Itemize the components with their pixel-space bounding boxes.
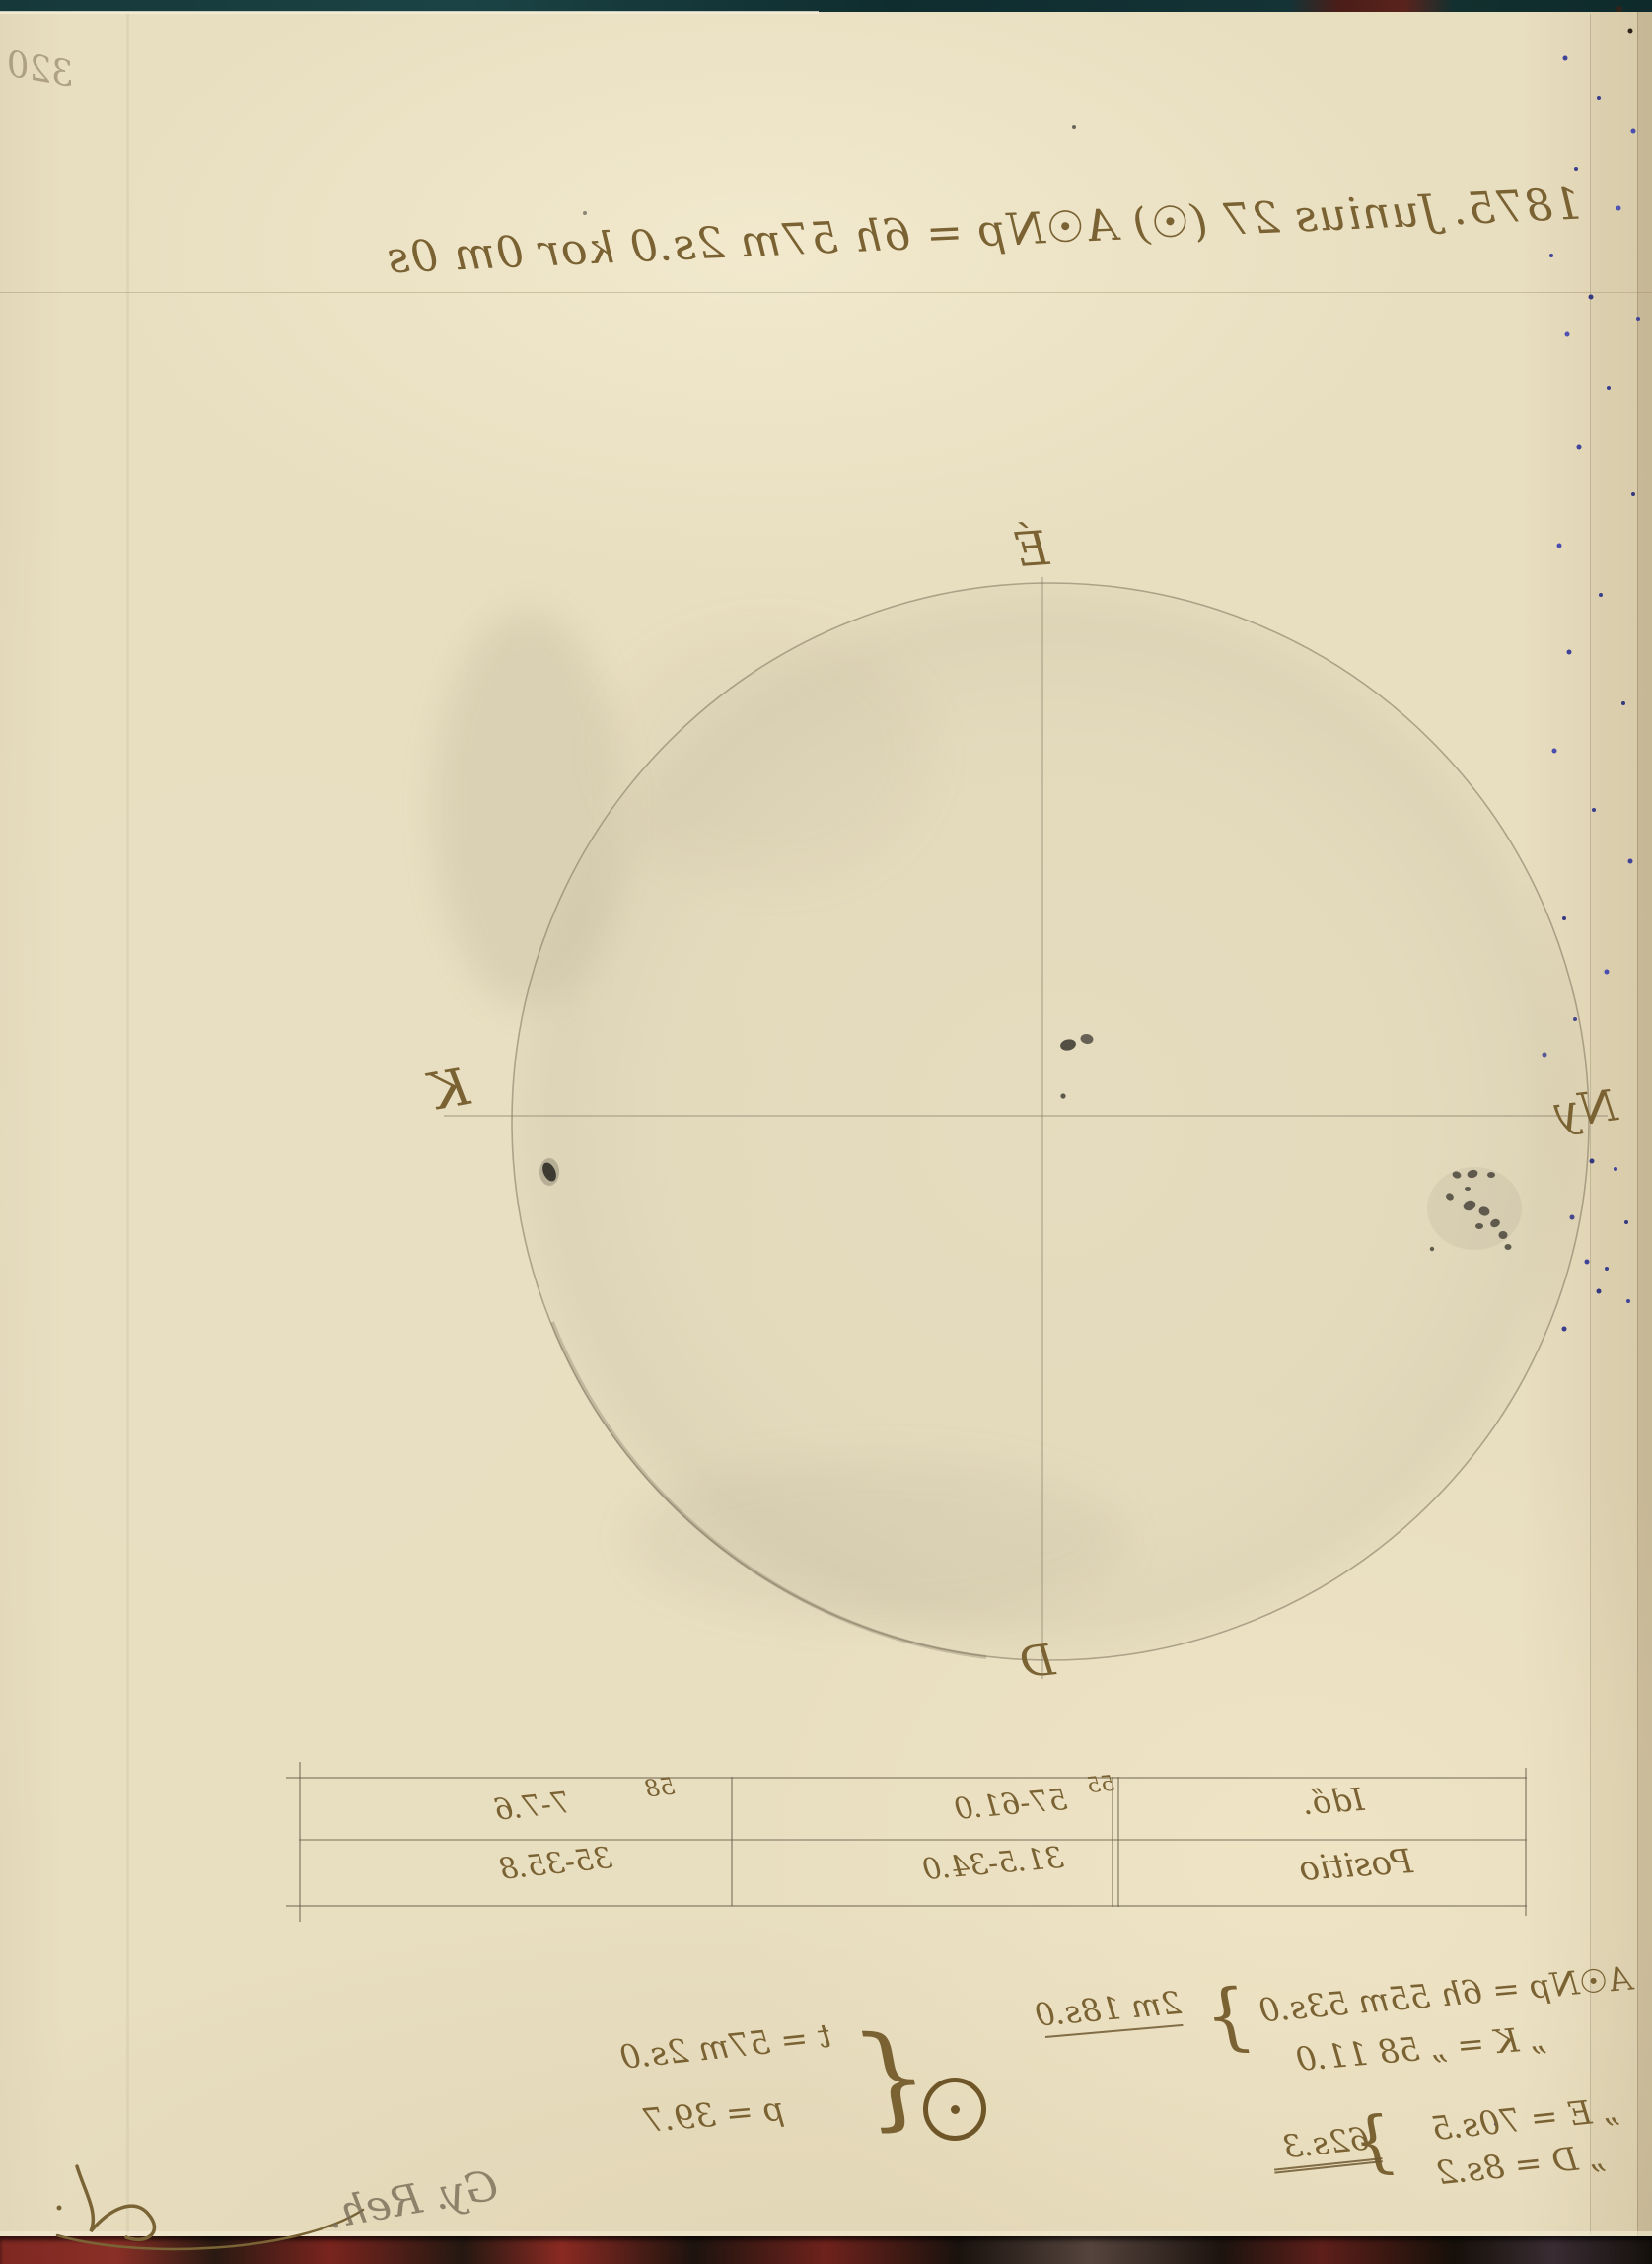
table-line-v-right <box>1525 1768 1527 1916</box>
table-line-bottom <box>286 1905 1527 1907</box>
sun-symbol <box>923 2078 986 2141</box>
table-cell-time-1-sup: 55 <box>1080 1772 1121 1797</box>
table-line-middle <box>299 1839 1527 1841</box>
note-np-brace: } <box>1205 1979 1252 2056</box>
note-sun-brace: { <box>858 2020 928 2137</box>
table-line-v-double-b <box>1117 1777 1119 1907</box>
table-line-top <box>286 1777 1527 1779</box>
table-cell-time-2-sup: 58 <box>636 1774 683 1803</box>
direction-label-north: É <box>1000 523 1062 576</box>
sunspot-left <box>539 1158 559 1186</box>
sun-disk-drawing <box>0 0 1652 2264</box>
scanned-observation-page: 320 1875. Junius 27 (☉) A☉Np = 6h 57m 2s… <box>0 0 1652 2264</box>
solar-disk-circle <box>512 583 1589 1660</box>
direction-label-west: Ny <box>1547 1083 1623 1137</box>
table-line-v-mid <box>731 1777 733 1906</box>
direction-label-south: D <box>1004 1637 1071 1689</box>
table-line-v-left <box>299 1762 301 1922</box>
